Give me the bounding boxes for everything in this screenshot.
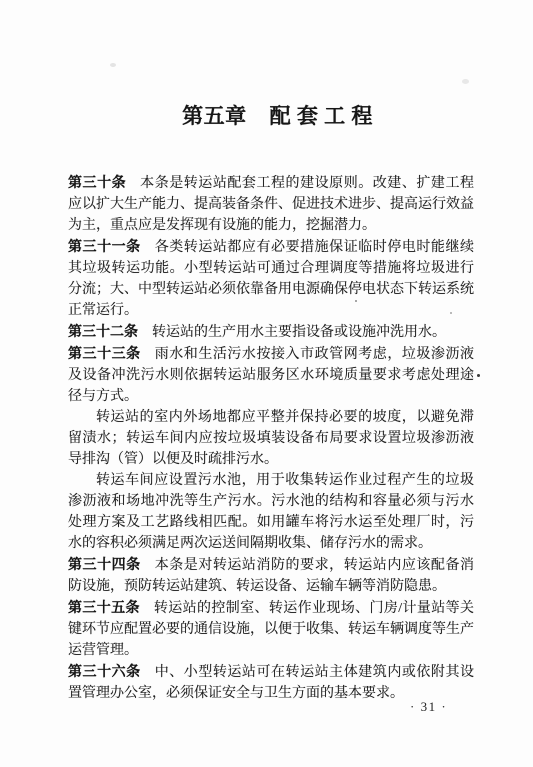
scan-speck	[477, 374, 480, 377]
paragraph: 第三十三条雨水和生活污水按接入市政管网考虑，垃圾渗沥液及设备冲洗污水则依据转运站…	[68, 343, 474, 407]
body-line: 转运车间应设置污水池，用于收集转运作业过程产生的垃圾	[68, 470, 474, 491]
body-line: 其垃圾转运功能。小型转运站可通过合理调度等措施将垃圾进行	[68, 258, 474, 279]
body-line: 键环节应配置必要的通信设施，以便于收集、转运车辆调度等生产	[68, 619, 474, 640]
line-text: 本条是对转运站消防的要求，转运站内应该配备消	[155, 558, 474, 573]
line-text: 各类转运站都应有必要措施保证临时停电时能继续	[155, 240, 474, 255]
paragraph: 第三十四条本条是对转运站消防的要求，转运站内应该配备消防设施，预防转运站建筑、转…	[68, 554, 474, 597]
paragraph: 第三十六条中、小型转运站可在转运站主体建筑内或依附其设置管理办公室，必须保证安全…	[68, 661, 474, 704]
paragraph: 第三十一条各类转运站都应有必要措施保证临时停电时能继续其垃圾转运功能。小型转运站…	[68, 236, 474, 321]
body-line: 第三十五条转运站的控制室、转运作业现场、门房/计量站等关	[68, 597, 474, 619]
scan-speck	[462, 79, 469, 84]
article-number: 第三十一条	[68, 238, 141, 254]
body-line: 正常运行。	[68, 300, 474, 321]
body-line: 处理方案及工艺路线相匹配。如用罐车将污水运至处理厂时，污	[68, 512, 474, 533]
scan-speck	[110, 63, 116, 67]
article-number: 第三十六条	[68, 663, 141, 679]
body-line: 第三十三条雨水和生活污水按接入市政管网考虑，垃圾渗沥液	[68, 343, 474, 365]
body-line: 导排沟（管）以便及时疏排污水。	[68, 449, 474, 470]
article-number: 第三十二条	[68, 323, 138, 339]
body-line: 第三十六条中、小型转运站可在转运站主体建筑内或依附其设	[68, 661, 474, 683]
body-line: 留渍水；转运车间内应按垃圾填装设备布局要求设置垃圾渗沥液	[68, 428, 474, 449]
paragraph: 第三十二条转运站的生产用水主要指设备或设施冲洗用水。	[68, 321, 474, 343]
article-number: 第三十三条	[68, 345, 141, 361]
body-line: 第三十一条各类转运站都应有必要措施保证临时停电时能继续	[68, 236, 474, 258]
body-line: 防设施，预防转运站建筑、转运设备、运输车辆等消防隐患。	[68, 576, 474, 597]
page-number: · 31 ·	[410, 699, 447, 715]
line-text: 转运站的控制室、转运作业现场、门房/计量站等关	[154, 601, 474, 616]
chapter-number: 第五章	[182, 104, 247, 128]
chapter-heading: 第五章配 套 工 程	[11, 103, 533, 129]
body-line: 应以扩大生产能力、提高装备条件、促进技术进步、提高运行效益	[68, 194, 474, 215]
article-number: 第三十五条	[68, 599, 140, 615]
body-line: 转运站的室内外场地都应平整并保持必要的坡度，以避免滞	[68, 407, 474, 428]
body-line: 运营管理。	[68, 640, 474, 661]
article-number: 第三十条	[68, 174, 126, 190]
body-line: 第三十条本条是转运站配套工程的建设原则。改建、扩建工程	[68, 172, 474, 194]
article-number: 第三十四条	[68, 556, 141, 572]
body-line: 为主，重点应是发挥现有设施的能力，挖掘潜力。	[68, 215, 474, 236]
paragraph: 第三十条本条是转运站配套工程的建设原则。改建、扩建工程应以扩大生产能力、提高装备…	[68, 172, 474, 236]
body-line: 水的容积必须满足两次运送间隔期收集、储存污水的需求。	[68, 533, 474, 554]
scan-speck	[450, 312, 452, 314]
line-text: 转运站的生产用水主要指设备或设施冲洗用水。	[152, 325, 446, 340]
body-line: 及设备冲洗污水则依据转运站服务区水环境质量要求考虑处理途	[68, 365, 474, 386]
paragraph: 第三十五条转运站的控制室、转运作业现场、门房/计量站等关键环节应配置必要的通信设…	[68, 597, 474, 661]
line-text: 本条是转运站配套工程的建设原则。改建、扩建工程	[140, 176, 474, 191]
chapter-name: 配 套 工 程	[270, 104, 373, 128]
body-line: 渗沥液和场地冲洗等生产污水。污水池的结构和容量必须与污水	[68, 491, 474, 512]
body-text: 第三十条本条是转运站配套工程的建设原则。改建、扩建工程应以扩大生产能力、提高装备…	[68, 172, 474, 704]
body-line: 分流；大、中型转运站必须依靠备用电源确保停电状态下转运系统	[68, 279, 474, 300]
body-line: 径与方式。	[68, 386, 474, 407]
line-text: 雨水和生活污水按接入市政管网考虑，垃圾渗沥液	[155, 347, 474, 362]
body-line: 第三十四条本条是对转运站消防的要求，转运站内应该配备消	[68, 554, 474, 576]
scanned-document-page: 第五章配 套 工 程 第三十条本条是转运站配套工程的建设原则。改建、扩建工程应以…	[0, 0, 533, 767]
line-text: 中、小型转运站可在转运站主体建筑内或依附其设	[155, 665, 474, 680]
scan-speck	[355, 300, 357, 302]
body-line: 第三十二条转运站的生产用水主要指设备或设施冲洗用水。	[68, 321, 474, 343]
paragraph: 转运站的室内外场地都应平整并保持必要的坡度，以避免滞留渍水；转运车间内应按垃圾填…	[68, 407, 474, 470]
paragraph: 转运车间应设置污水池，用于收集转运作业过程产生的垃圾渗沥液和场地冲洗等生产污水。…	[68, 470, 474, 554]
